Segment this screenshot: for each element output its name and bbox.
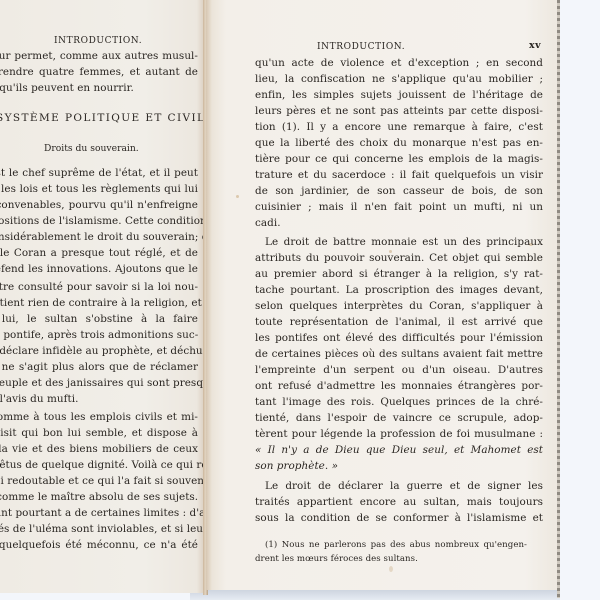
left-line: mans, de prendre quatre femmes, et autan…	[0, 66, 198, 78]
book-photo: INTRODUCTION. Le Coran leur permet, comm…	[0, 0, 600, 600]
right-line: leurs pères et ne sont pas atteints par …	[255, 105, 543, 117]
right-line: au premier abord si étranger à la religi…	[255, 268, 543, 280]
right-line: tion (1). Il y a encore une remarque à f…	[255, 121, 543, 133]
left-line: si, malgré lui, le sultan s'obstine à la…	[0, 313, 198, 325]
right-line: les pontifes ont élevé des difficultés p…	[255, 332, 543, 344]
right-line: cuisinier ; mais il n'en fait point un m…	[255, 201, 543, 213]
right-line: ont refusé d'admettre les monnaies étran…	[255, 380, 543, 392]
right-line: enfin, les simples sujets jouissent de l…	[255, 89, 543, 101]
left-line: Le Coran leur permet, comme aux autres m…	[0, 50, 198, 62]
right-line: de son jardinier, de son casseur de bois…	[255, 185, 543, 197]
right-line: tèrent pour légende la profession de foi…	[255, 428, 543, 440]
left-page: INTRODUCTION. Le Coran leur permet, comm…	[0, 0, 205, 593]
footnote-line: (1) Nous ne parlerons pas des abus nombr…	[265, 540, 527, 550]
right-line: tienté, dans l'espoir de vaincre ce scru…	[255, 412, 543, 424]
right-line: l'empreinte d'un serpent ou d'un oiseau.…	[255, 364, 543, 376]
left-line: concubines qu'ils peuvent en nourrir.	[0, 82, 198, 94]
paper-spot	[236, 195, 239, 198]
left-line: restreint considérablement le droit du s…	[0, 231, 198, 243]
left-line: Il a cependant pourtant a de certaines l…	[0, 507, 198, 519]
left-running-head: INTRODUCTION.	[54, 36, 142, 46]
left-line: litaires, choisit qui bon lui semble, et…	[0, 427, 198, 439]
right-line: selon quelques interprètes du Coran, s'a…	[255, 300, 543, 312]
left-line: l'appui du peuple et des janissaires qui…	[0, 377, 198, 389]
left-line: pas les dispositions de l'islamisme. Cet…	[0, 215, 198, 227]
right-line: de certaines pièces où des sultans avaie…	[255, 348, 543, 360]
left-line: exécuter, ce pontife, après trois admoni…	[0, 329, 198, 341]
right-running-head: INTRODUCTION.	[317, 42, 405, 52]
left-line: considérer comme le maître absolu de ses…	[0, 491, 198, 503]
left-line: du trône. Il ne s'agit plus alors que de…	[0, 361, 198, 373]
right-line: que la liberté des choix du monarque n'e…	[255, 137, 543, 149]
footnote-line: drent les mœurs féroces des sultans.	[255, 554, 543, 564]
page-number: xv	[529, 40, 541, 51]
section-title: SYSTÈME POLITIQUE ET CIVIL.	[0, 112, 205, 124]
right-line: Le droit de déclarer la guerre et de sig…	[265, 480, 543, 492]
left-line: ce pouvoir si redoutable et ce qui l'a f…	[0, 475, 198, 487]
left-line: velle ne contient rien de contraire à la…	[0, 297, 198, 309]
left-line: Le sultan est le chef suprême de l'état,…	[0, 167, 198, 179]
right-line: tant l'image des rois. Quelques princes …	[255, 396, 543, 408]
right-line: qu'un acte de violence et d'exception ; …	[255, 57, 543, 69]
subsection-title: Droits du souverain.	[44, 143, 139, 154]
quote-line: son prophète. »	[255, 460, 543, 472]
right-line: traités appartient encore au sultan, mai…	[255, 496, 543, 508]
left-line: cessives, le déclare infidèle au prophèt…	[0, 345, 198, 357]
left-line: toujours de l'avis du mufti.	[0, 393, 198, 405]
right-line: tache pourtant. La proscription des imag…	[255, 284, 543, 296]
left-line: son gré de la vie et des biens mobiliers…	[0, 443, 198, 455]
left-line: privilège a quelquefois été méconnu, ce …	[0, 539, 198, 551]
left-line: les propriétés de l'uléma sont inviolabl…	[0, 523, 198, 535]
left-line: faire toutes les lois et tous les règlem…	[0, 183, 198, 195]
left-line: paraissent convenables, pourvu qu'il n'e…	[0, 199, 198, 211]
page-edge	[557, 0, 560, 598]
left-line: mufti doit être consulté pour savoir si …	[0, 281, 198, 293]
left-line: Le sultan nomme à tous les emplois civil…	[0, 411, 198, 423]
right-line: attributs du pouvoir souverain. Cet obje…	[255, 252, 543, 264]
right-line: tière pour ce qui concerne les emplois d…	[255, 153, 543, 165]
right-line: cadi.	[255, 217, 543, 229]
left-line: d'une part, le Coran a presque tout régl…	[0, 247, 198, 259]
right-line: lieu, la confiscation ne s'applique qu'a…	[255, 73, 543, 85]
paper-spot	[389, 566, 393, 572]
right-line: sous la condition de se conformer à l'is…	[255, 512, 543, 524]
left-line: l'autre, il défend les innovations. Ajou…	[0, 263, 198, 275]
right-line: toute représentation de l'animal, il est…	[255, 316, 543, 328]
right-line: trature et du sacerdoce : il fait quelqu…	[255, 169, 543, 181]
quote-line: « Il n'y a de Dieu que Dieu seul, et Mah…	[255, 444, 543, 456]
right-line: Le droit de battre monnaie est un des pr…	[265, 236, 543, 248]
left-line: qui sont revêtus de quelque dignité. Voi…	[0, 459, 198, 471]
